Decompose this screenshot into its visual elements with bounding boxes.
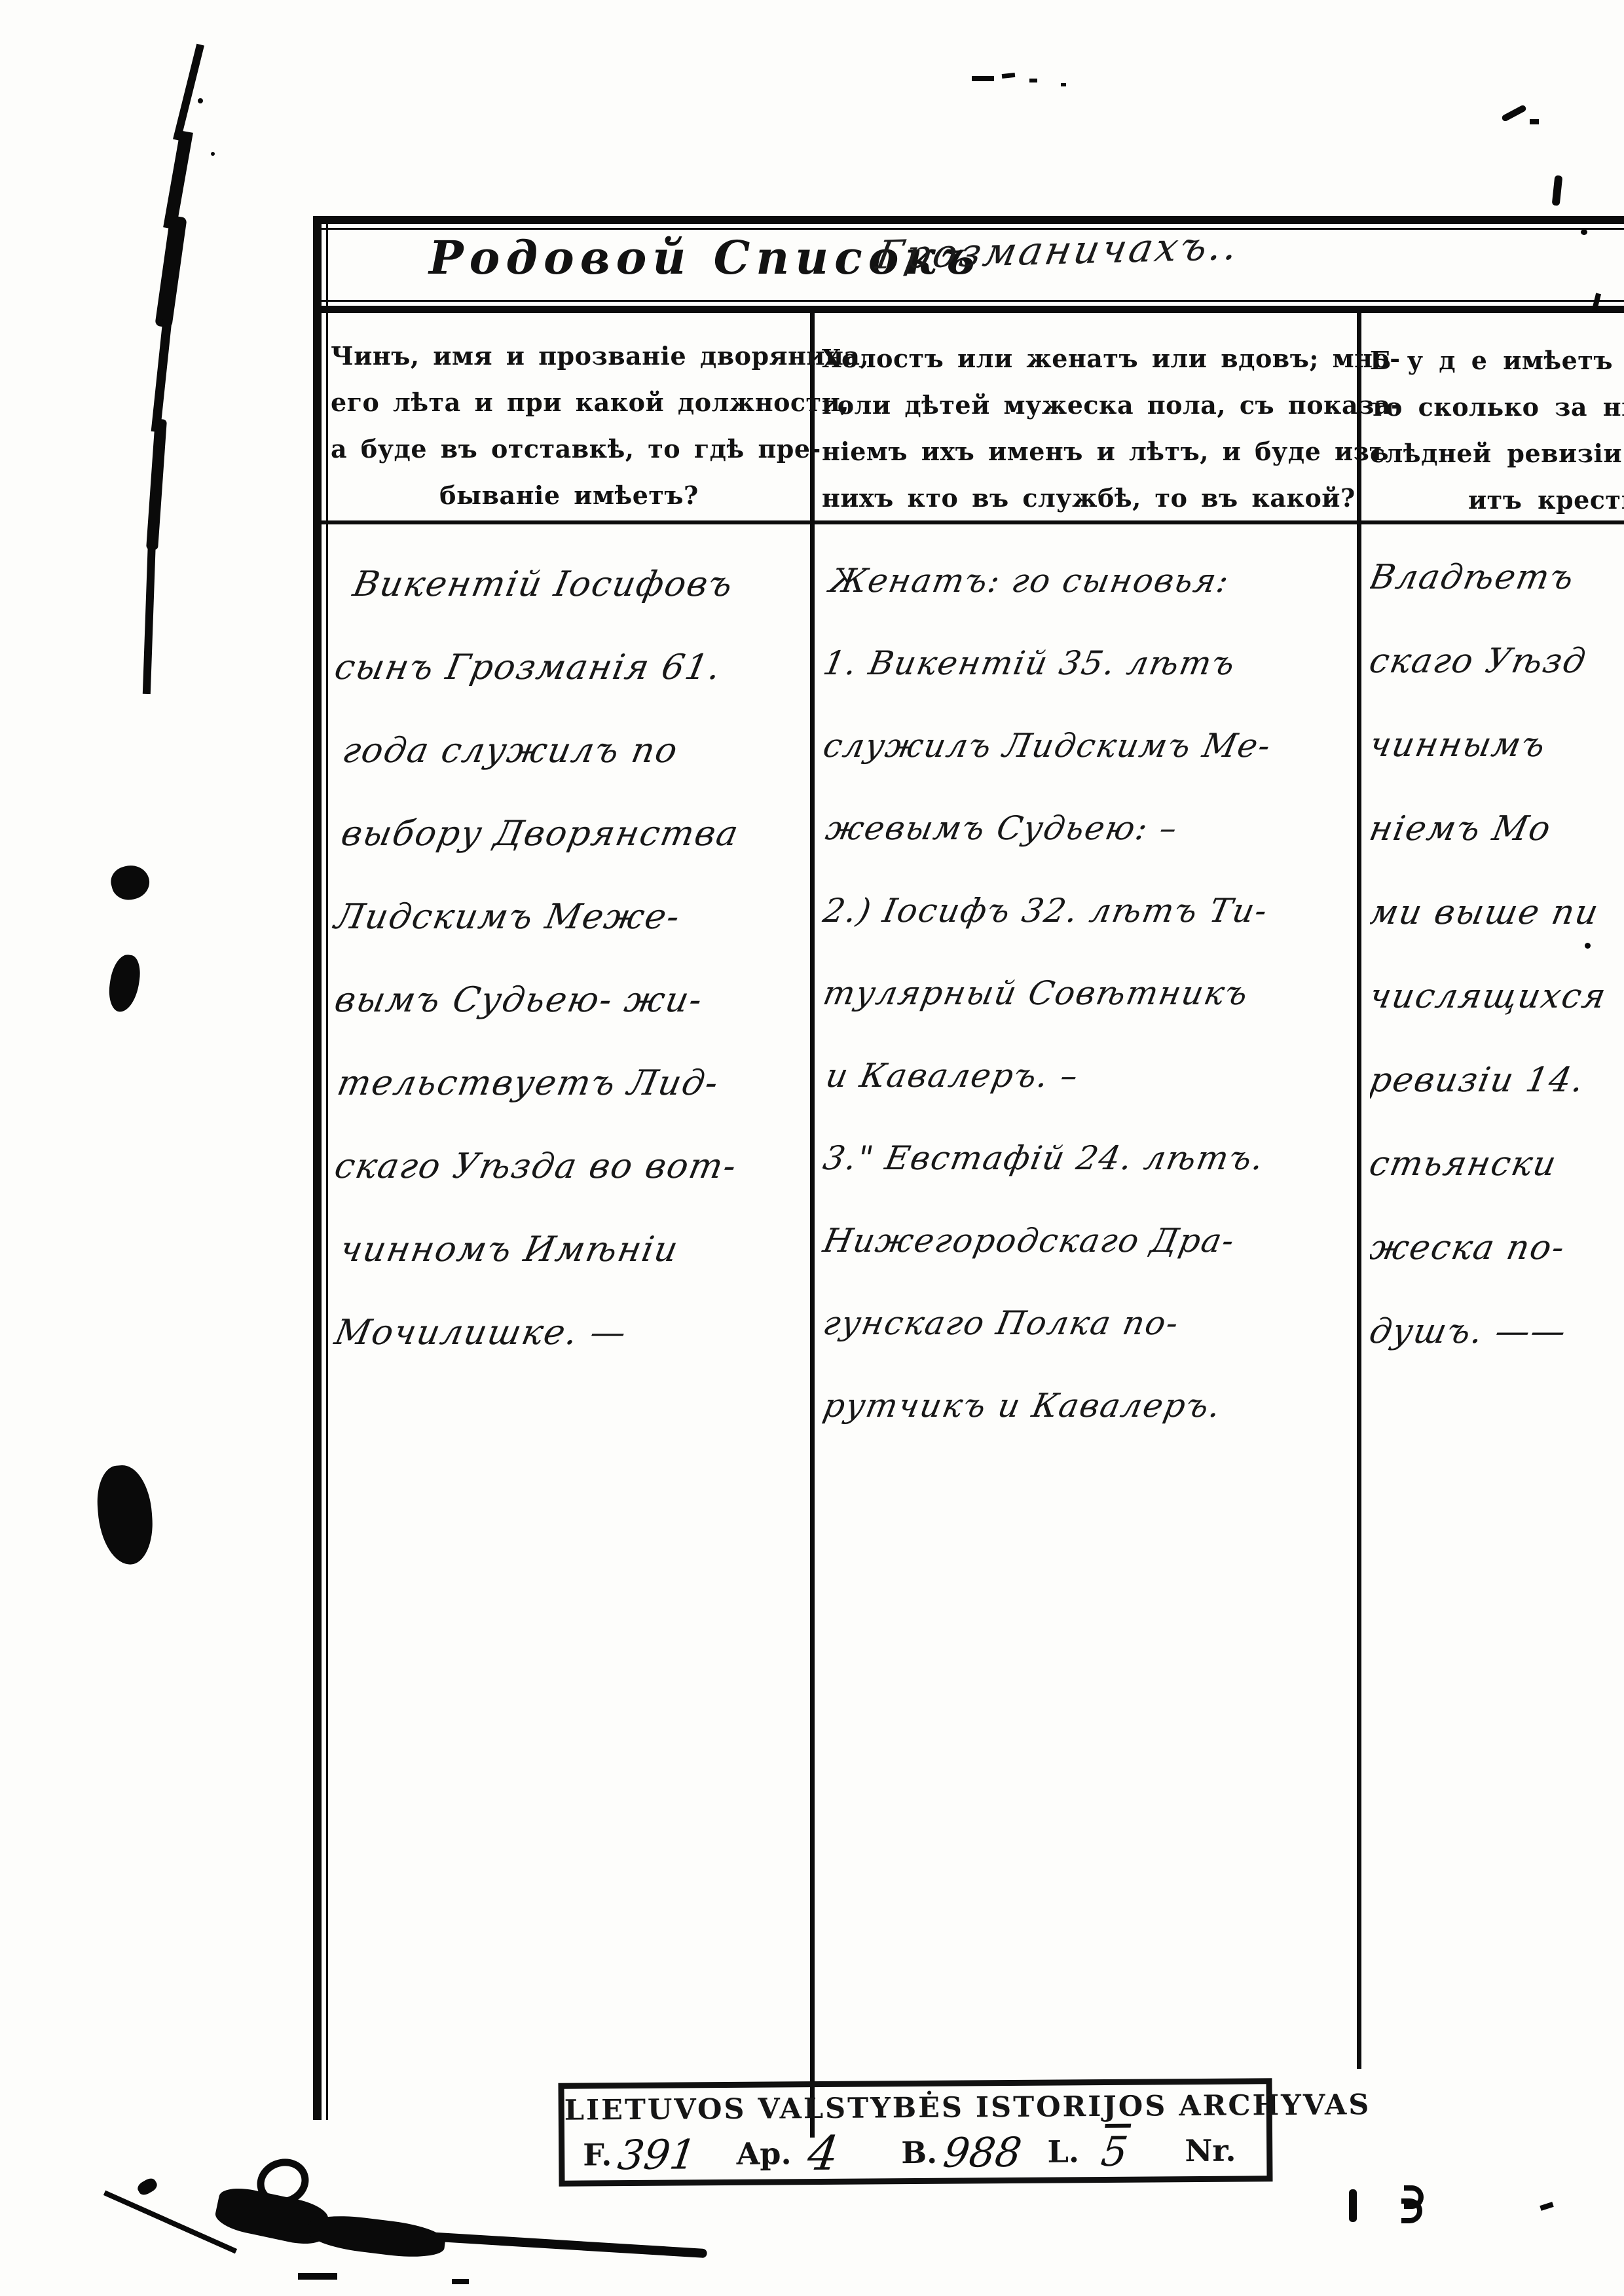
entry-line: Мочилишке. — — [331, 1313, 631, 1353]
archive-stamp-name: LIETUVOS VALSTYBĖS ISTORIJOS ARCHYVAS — [564, 2089, 1266, 2126]
entry-line: Женатъ: го сыновья: — [826, 562, 1233, 600]
scanned-page: Родовой Списокъ Грозманичахъ.. Чинъ, имя… — [0, 0, 1624, 2296]
column2-header: Холостъ или женатъ или вдовъ; мно- голи … — [822, 335, 1354, 521]
scan-artifact — [1530, 119, 1539, 124]
scan-artifact — [106, 953, 143, 1013]
scan-artifact — [298, 2273, 337, 2280]
entry-line: чиннымъ — [1370, 725, 1549, 765]
entry-line: жевымъ Судьею: – — [822, 809, 1181, 847]
entry-line: служилъ Лидскимъ Ме- — [820, 727, 1274, 765]
column1-entry: Викентій Іосифовъ сынъ Грозманія 61. год… — [335, 564, 813, 1415]
header-line: то сколько за нимъ — [1370, 384, 1624, 430]
column1-header: Чинъ, имя и прозваніе дворянина, его лѣт… — [331, 333, 807, 519]
header-line: Чинъ, имя и прозваніе дворянина, — [331, 333, 807, 379]
entry-line: сынъ Грозманія 61. — [331, 647, 725, 687]
stamp-field-value-handwritten: 5 — [1098, 2127, 1130, 2175]
stamp-field-label: B. — [901, 2135, 937, 2170]
entry-line: числящихся — [1370, 977, 1610, 1016]
header-line: Б у д е имѣетъ де — [1370, 337, 1624, 384]
scan-artifact — [1585, 943, 1591, 949]
scan-artifact — [1581, 229, 1587, 235]
entry-line: стьянски — [1370, 1144, 1560, 1184]
table-top-rule-thin — [313, 228, 1624, 230]
header-line: ніемъ ихъ именъ и лѣтъ, и буде изъ — [822, 428, 1354, 475]
entry-line: и Кавалеръ. – — [822, 1057, 1082, 1095]
archive-stamp-fields: F. 391 Ap. 4 B. 988 L. 5 Nr. — [583, 2122, 1261, 2183]
entry-line: скаго Уѣзда во вот- — [331, 1146, 741, 1186]
table-top-rule-thick — [313, 216, 1624, 224]
stamp-field-label: L. — [1047, 2134, 1079, 2169]
scan-artifact — [1540, 2202, 1553, 2211]
column2-entry: Женатъ: го сыновья: 1. Викентій 35. лѣтъ… — [824, 562, 1367, 1511]
header-line: а буде въ отставкѣ, то гдѣ пре- — [331, 426, 807, 472]
scan-artifact — [173, 44, 204, 141]
entry-line: душъ. —— — [1370, 1312, 1570, 1351]
scan-artifact — [198, 98, 203, 103]
entry-line: 3." Евстафій 24. лѣтъ. — [820, 1139, 1268, 1177]
title-bottom-rule-thin — [313, 300, 1624, 302]
entry-line: ніемъ Мо — [1370, 809, 1555, 848]
scan-artifact — [972, 76, 994, 81]
scan-artifact — [163, 130, 193, 229]
header-line: слѣдней ревизіи — [1370, 430, 1624, 477]
entry-line: тулярный Совѣтникъ — [820, 974, 1252, 1012]
table-left-border-thick — [313, 216, 322, 2120]
header-line: итъ крестья — [1370, 477, 1624, 523]
entry-line: ми выше пи — [1370, 893, 1602, 932]
scan-artifact — [155, 215, 187, 328]
header-line: его лѣта и при какой должности, — [331, 379, 807, 426]
header-line: нихъ кто въ службѣ, то въ какой? — [822, 475, 1354, 521]
scan-artifact — [211, 152, 215, 156]
entry-line: Нижегородскаго Дра- — [820, 1222, 1238, 1260]
entry-line: рутчикъ и Кавалеръ. — [820, 1387, 1225, 1425]
title-bottom-rule-thick — [313, 306, 1624, 313]
stamp-field-value-handwritten: 988 — [940, 2128, 1024, 2176]
entry-line: жеска по- — [1370, 1228, 1569, 1267]
scan-artifact — [103, 2191, 237, 2254]
entry-line: скаго Уѣзд — [1370, 642, 1590, 681]
entry-line: 1. Викентій 35. лѣтъ — [820, 644, 1239, 682]
entry-line: тельствуетъ Лид- — [334, 1063, 722, 1103]
scan-artifact — [1401, 2198, 1422, 2223]
entry-line: 2.) Іосифъ 32. лѣтъ Ти- — [820, 892, 1271, 930]
entry-line: года служилъ по — [339, 731, 682, 771]
entry-line: вымъ Судьею- жи- — [331, 980, 707, 1020]
entry-line: ревизіи 14. — [1370, 1061, 1588, 1100]
scan-artifact — [146, 419, 167, 551]
scan-artifact — [95, 1463, 155, 1566]
scan-artifact — [1501, 104, 1527, 122]
column3-entry: Владѣетъ скаго Уѣзд чиннымъ ніемъ Мо ми … — [1370, 558, 1624, 1422]
scan-artifact — [143, 537, 156, 694]
document-title-surname-handwritten: Грозманичахъ.. — [872, 223, 1244, 278]
entry-line: выбору Дворянства — [338, 814, 743, 854]
entry-line: Владѣетъ — [1370, 558, 1578, 597]
scan-artifact — [426, 2232, 707, 2258]
stamp-field-label: F. — [583, 2137, 612, 2172]
header-line: бываніе имѣетъ? — [331, 472, 807, 519]
archive-stamp: LIETUVOS VALSTYBĖS ISTORIJOS ARCHYVAS F.… — [558, 2078, 1272, 2187]
entry-line: гунскаго Полка по- — [820, 1304, 1183, 1342]
header-line: Холостъ или женатъ или вдовъ; мно- — [822, 335, 1354, 382]
table-left-border-thin — [326, 216, 328, 2120]
column3-header: Б у д е имѣетъ де то сколько за нимъ слѣ… — [1370, 337, 1624, 523]
stamp-field-label: Ap. — [736, 2136, 791, 2172]
scan-artifact — [452, 2279, 469, 2284]
scan-artifact — [1552, 175, 1563, 206]
header-line: голи дѣтей мужеска пола, съ показа- — [822, 382, 1354, 428]
scan-artifact — [1061, 83, 1066, 86]
entry-line: чинномъ Имѣніи — [337, 1230, 682, 1269]
stamp-field-value-handwritten: 391 — [615, 2130, 699, 2179]
scan-artifact — [107, 861, 153, 903]
entry-line: Викентій Іосифовъ — [350, 564, 737, 604]
scan-artifact — [151, 314, 173, 432]
stamp-field-label: Nr. — [1185, 2133, 1236, 2169]
scan-artifact — [1002, 73, 1016, 79]
scan-artifact — [1029, 79, 1037, 82]
stamp-field-value-handwritten: 4 — [805, 2126, 842, 2181]
scan-artifact — [1349, 2189, 1357, 2222]
entry-line: Лидскимъ Меже- — [331, 897, 684, 937]
scan-artifact — [136, 2176, 159, 2197]
